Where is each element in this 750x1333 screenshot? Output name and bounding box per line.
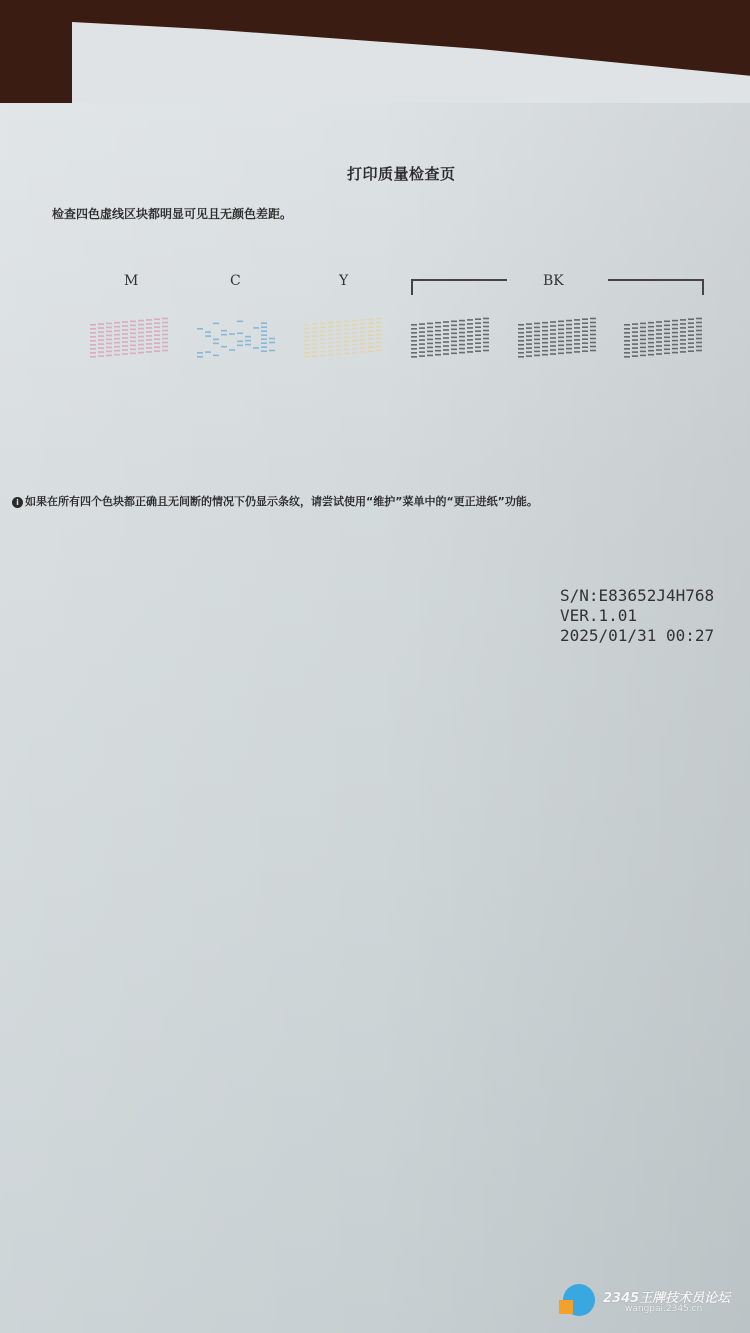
- nozzle-pattern-magenta: [88, 316, 170, 362]
- note-text: i如果在所有四个色块都正确且无间断的情况下仍显示条纹，请尝试使用“维护”菜单中的…: [12, 493, 538, 509]
- nozzle-pattern-black-2: [516, 316, 598, 362]
- label-yellow: Y: [339, 273, 348, 289]
- serial-number: S/N:E83652J4H768: [560, 586, 714, 606]
- print-datetime: 2025/01/31 00:27: [560, 626, 714, 646]
- instruction-text: 检查四色虚线区块都明显可见且无颜色差距。: [52, 205, 292, 222]
- label-black: BK: [543, 273, 564, 289]
- nozzle-pattern-black-1: [409, 316, 491, 362]
- firmware-version: VER.1.01: [560, 606, 714, 626]
- page-title: 打印质量检查页: [347, 163, 456, 184]
- background-sheet: [72, 22, 750, 112]
- info-icon: i: [12, 497, 23, 508]
- label-cyan: C: [230, 273, 241, 289]
- bracket-left: [411, 279, 507, 295]
- gift-icon: [559, 1300, 573, 1314]
- bracket-right: [608, 279, 704, 295]
- printer-info: S/N:E83652J4H768VER.1.012025/01/31 00:27: [560, 586, 714, 646]
- label-magenta: M: [124, 273, 138, 289]
- nozzle-pattern-cyan: [195, 316, 277, 362]
- nozzle-pattern-black-3: [622, 316, 704, 362]
- nozzle-pattern-yellow: [302, 316, 384, 362]
- printed-page: 打印质量检查页 检查四色虚线区块都明显可见且无颜色差距。 M C Y BK i如…: [0, 103, 750, 1333]
- watermark: 2345王牌技术员论坛 wangpai.2345.cn: [563, 1284, 750, 1324]
